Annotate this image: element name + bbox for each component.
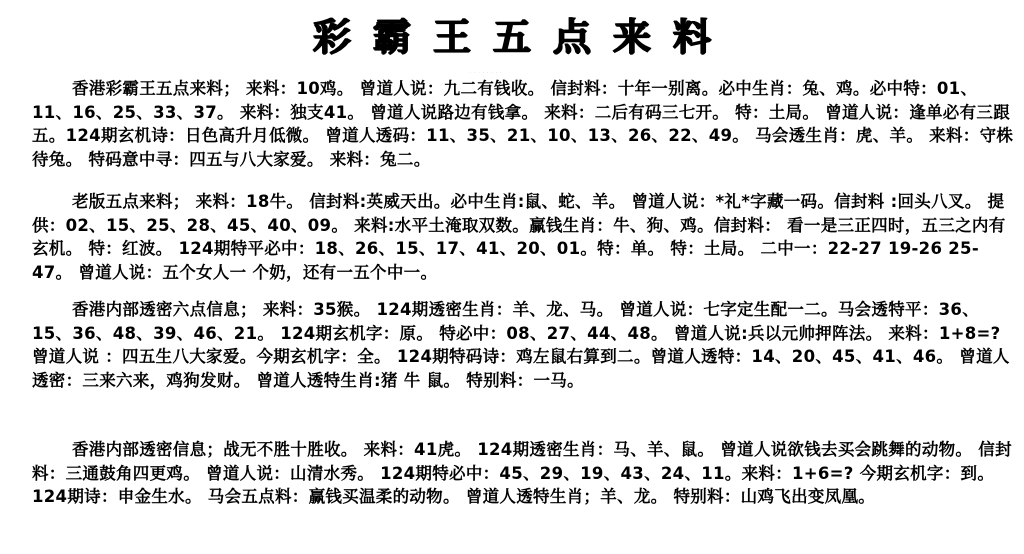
page-title: 彩霸王五点来料 bbox=[0, 12, 1024, 62]
subtitle-watermark: ········ bbox=[470, 70, 570, 74]
section-1: 香港彩霸王五点来料； 来料：10鸡。 曾道人说：九二有钱收。 信封料：十年一别离… bbox=[32, 77, 1017, 171]
section-4-text: 香港内部透密信息；战无不胜十胜收。 来料：41虎。 124期透密生肖：马、羊、鼠… bbox=[32, 438, 1017, 509]
section-2: 老版五点来料； 来料：18牛。 信封料:英威天出。必中生肖:鼠、蛇、羊。 曾道人… bbox=[32, 190, 1017, 284]
section-2-text: 老版五点来料； 来料：18牛。 信封料:英威天出。必中生肖:鼠、蛇、羊。 曾道人… bbox=[32, 190, 1017, 284]
section-1-text: 香港彩霸王五点来料； 来料：10鸡。 曾道人说：九二有钱收。 信封料：十年一别离… bbox=[32, 77, 1017, 171]
section-3: 香港内部透密六点信息； 来料：35猴。 124期透密生肖：羊、龙、马。 曾道人说… bbox=[32, 298, 1017, 392]
section-3-text: 香港内部透密六点信息； 来料：35猴。 124期透密生肖：羊、龙、马。 曾道人说… bbox=[32, 298, 1017, 392]
section-4: 香港内部透密信息；战无不胜十胜收。 来料：41虎。 124期透密生肖：马、羊、鼠… bbox=[32, 438, 1017, 509]
